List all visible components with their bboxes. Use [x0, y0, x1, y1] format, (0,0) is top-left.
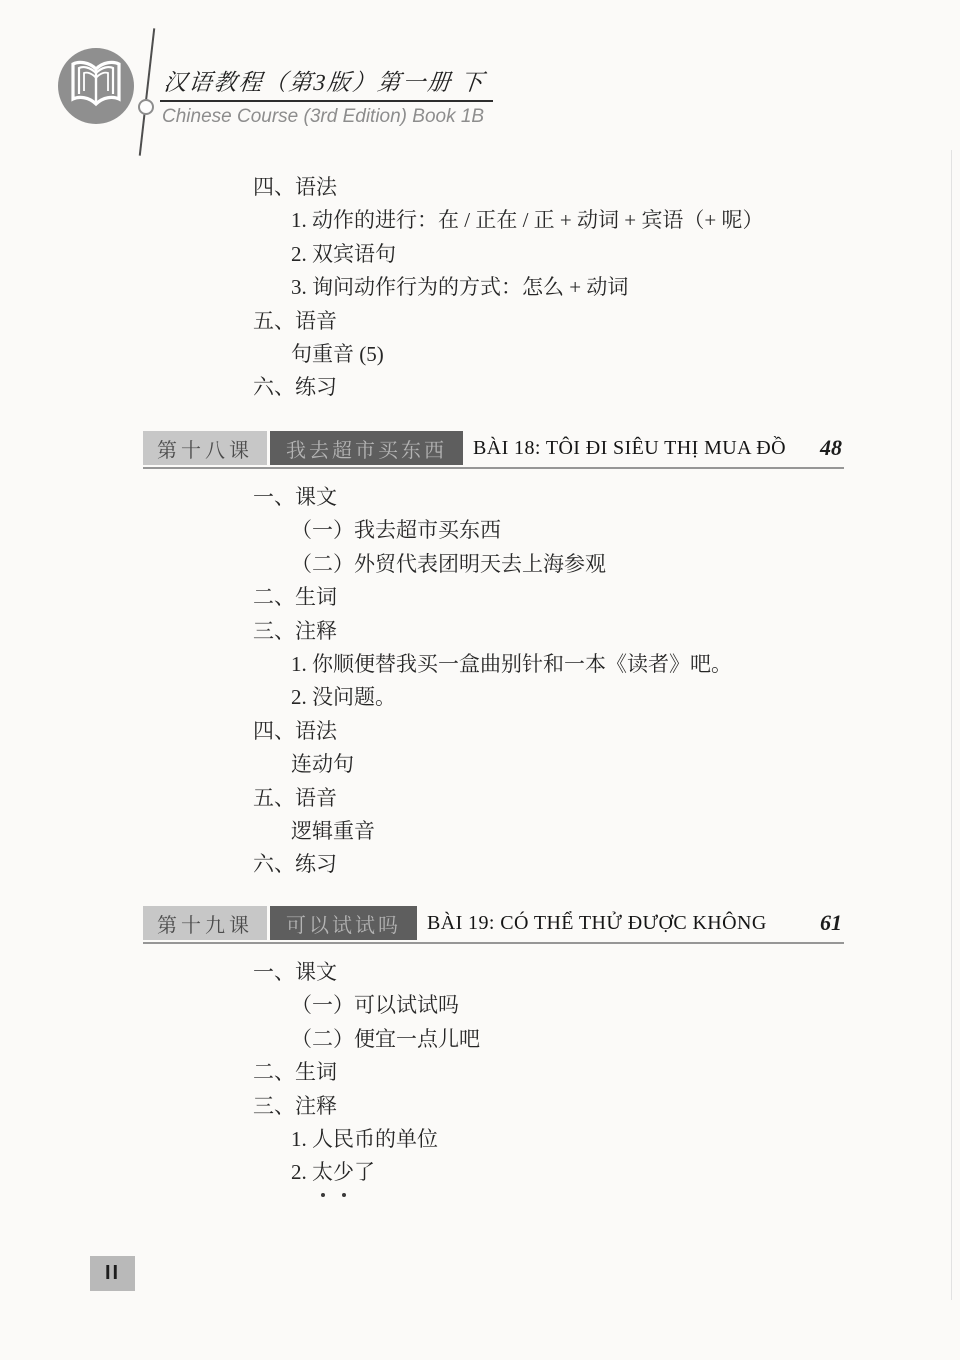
book-title-chinese: 汉语教程（第3版）第一册 下 — [162, 64, 487, 97]
book-title-english: Chinese Course (3rd Edition) Book 1B — [162, 106, 484, 128]
lesson-19-title-vietnamese: BÀI 19: CÓ THỂ THỬ ĐƯỢC KHÔNG — [427, 906, 767, 940]
toc-line: 二、生词 — [253, 581, 732, 614]
toc-line: 五、语音 — [253, 782, 732, 815]
lesson-18-page-number: 48 — [820, 431, 844, 465]
toc-line: 三、注释 — [253, 615, 732, 648]
emphasized-char: 太 — [312, 1156, 333, 1189]
toc-line: 2. 双宾语句 — [253, 238, 763, 271]
lesson-19-title-zh-badge: 可以试试吗 — [270, 906, 417, 940]
emphasized-char: 少 — [333, 1156, 354, 1189]
toc-line: 四、语法 — [253, 171, 763, 204]
toc-line: （一）可以试试吗 — [253, 989, 480, 1022]
header-underline — [160, 100, 493, 102]
toc-line: （一）我去超市买东西 — [253, 514, 732, 547]
toc-line: 一、课文 — [253, 956, 480, 989]
folio-page-number-badge: II — [90, 1256, 135, 1291]
toc-line: （二）外贸代表团明天去上海参观 — [253, 548, 732, 581]
toc-line: 句重音 (5) — [253, 338, 763, 371]
toc-line: 四、语法 — [253, 715, 732, 748]
toc-line: 三、注释 — [253, 1090, 480, 1123]
toc-line: 3. 询问动作行为的方式：怎么 + 动词 — [253, 271, 763, 304]
toc-line: 六、练习 — [253, 371, 763, 404]
toc-line: 逻辑重音 — [253, 815, 732, 848]
lesson-19-number-badge: 第十九课 — [143, 906, 267, 940]
toc-line: 1. 人民币的单位 — [253, 1123, 480, 1156]
toc-line: 二、生词 — [253, 1056, 480, 1089]
toc-line: 五、语音 — [253, 305, 763, 338]
toc-line: 六、练习 — [253, 848, 732, 881]
header-ring-icon — [138, 99, 154, 115]
scanned-toc-page: 汉语教程（第3版）第一册 下 Chinese Course (3rd Editi… — [0, 0, 960, 1360]
toc-line: 一、课文 — [253, 481, 732, 514]
lesson-18-title-vietnamese: BÀI 18: TÔI ĐI SIÊU THỊ MUA ĐỒ — [473, 431, 786, 465]
lesson-18-title-zh-badge: 我去超市买东西 — [270, 431, 463, 465]
toc-line: （二）便宜一点儿吧 — [253, 1023, 480, 1056]
toc-line: 1. 你顺便替我买一盒曲别针和一本《读者》吧。 — [253, 648, 732, 681]
lesson-19-header: 第十九课 可以试试吗 BÀI 19: CÓ THỂ THỬ ĐƯỢC KHÔNG… — [143, 906, 844, 944]
toc-outline-lesson-18: 一、课文（一）我去超市买东西（二）外贸代表团明天去上海参观二、生词三、注释1. … — [253, 481, 732, 882]
lesson-18-header: 第十八课 我去超市买东西 BÀI 18: TÔI ĐI SIÊU THỊ MUA… — [143, 431, 844, 469]
toc-outline-lesson-19: 一、课文（一）可以试试吗（二）便宜一点儿吧二、生词三、注释1. 人民币的单位2.… — [253, 956, 480, 1190]
scan-edge-artifact — [951, 150, 952, 1300]
lesson-18-number-badge: 第十八课 — [143, 431, 267, 465]
toc-line: 2. 没问题。 — [253, 681, 732, 714]
publisher-book-logo-icon — [56, 46, 136, 126]
header-diagonal-rule — [139, 28, 155, 155]
lesson-19-page-number: 61 — [820, 906, 844, 940]
toc-line: 连动句 — [253, 748, 732, 781]
toc-line: 2. 太少了 — [253, 1156, 480, 1189]
toc-outline-continued: 四、语法1. 动作的进行：在 / 正在 / 正 + 动词 + 宾语（+ 呢）2.… — [253, 171, 763, 405]
toc-line: 1. 动作的进行：在 / 正在 / 正 + 动词 + 宾语（+ 呢） — [253, 204, 763, 237]
